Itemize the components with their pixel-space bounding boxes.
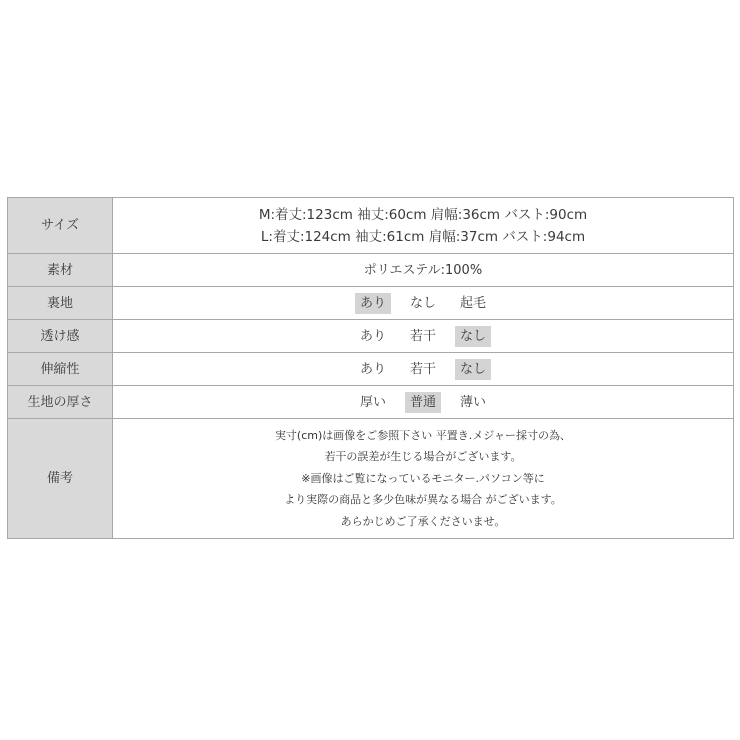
thickness-option-thick: 厚い [355, 392, 391, 413]
transparency-label: 透け感 [8, 320, 113, 353]
stretch-value: あり 若干 なし [113, 353, 734, 386]
lining-option-ari: あり [355, 293, 391, 314]
size-line-l: L:着丈:124cm 袖丈:61cm 肩幅:37cm バスト:94cm [113, 226, 733, 248]
row-transparency: 透け感 あり 若干 なし [8, 320, 734, 353]
size-value: M:着丈:123cm 袖丈:60cm 肩幅:36cm バスト:90cm L:着丈… [113, 198, 734, 254]
row-notes: 備考 実寸(cm)は画像をご参照下さい 平置き.メジャー採寸の為、 若干の誤差が… [8, 419, 734, 539]
notes-label: 備考 [8, 419, 113, 539]
transparency-option-nashi: なし [455, 326, 491, 347]
row-stretch: 伸縮性 あり 若干 なし [8, 353, 734, 386]
notes-value: 実寸(cm)は画像をご参照下さい 平置き.メジャー採寸の為、 若干の誤差が生じる… [113, 419, 734, 539]
material-value: ポリエステル:100% [113, 254, 734, 287]
lining-option-kimou: 起毛 [455, 293, 491, 314]
lining-label: 裏地 [8, 287, 113, 320]
transparency-value: あり 若干 なし [113, 320, 734, 353]
product-spec-table-container: サイズ M:着丈:123cm 袖丈:60cm 肩幅:36cm バスト:90cm … [7, 197, 734, 539]
notes-line-1: 実寸(cm)は画像をご参照下さい 平置き.メジャー採寸の為、 [113, 425, 733, 447]
row-thickness: 生地の厚さ 厚い 普通 薄い [8, 386, 734, 419]
material-label: 素材 [8, 254, 113, 287]
notes-line-5: あらかじめご了承くださいませ。 [113, 511, 733, 533]
notes-line-3: ※画像はご覧になっているモニター.パソコン等に [113, 468, 733, 490]
size-line-m: M:着丈:123cm 袖丈:60cm 肩幅:36cm バスト:90cm [113, 204, 733, 226]
stretch-option-ari: あり [355, 359, 391, 380]
lining-option-nashi: なし [405, 293, 441, 314]
stretch-option-jakkan: 若干 [405, 359, 441, 380]
lining-value: あり なし 起毛 [113, 287, 734, 320]
transparency-option-jakkan: 若干 [405, 326, 441, 347]
notes-line-4: より実際の商品と多少色味が異なる場合 がございます。 [113, 489, 733, 511]
thickness-option-normal: 普通 [405, 392, 441, 413]
transparency-option-ari: あり [355, 326, 391, 347]
thickness-value: 厚い 普通 薄い [113, 386, 734, 419]
row-lining: 裏地 あり なし 起毛 [8, 287, 734, 320]
notes-line-2: 若干の誤差が生じる場合がございます。 [113, 446, 733, 468]
thickness-option-thin: 薄い [455, 392, 491, 413]
stretch-label: 伸縮性 [8, 353, 113, 386]
row-size: サイズ M:着丈:123cm 袖丈:60cm 肩幅:36cm バスト:90cm … [8, 198, 734, 254]
thickness-label: 生地の厚さ [8, 386, 113, 419]
product-spec-table: サイズ M:着丈:123cm 袖丈:60cm 肩幅:36cm バスト:90cm … [7, 197, 734, 539]
row-material: 素材 ポリエステル:100% [8, 254, 734, 287]
size-label: サイズ [8, 198, 113, 254]
stretch-option-nashi: なし [455, 359, 491, 380]
